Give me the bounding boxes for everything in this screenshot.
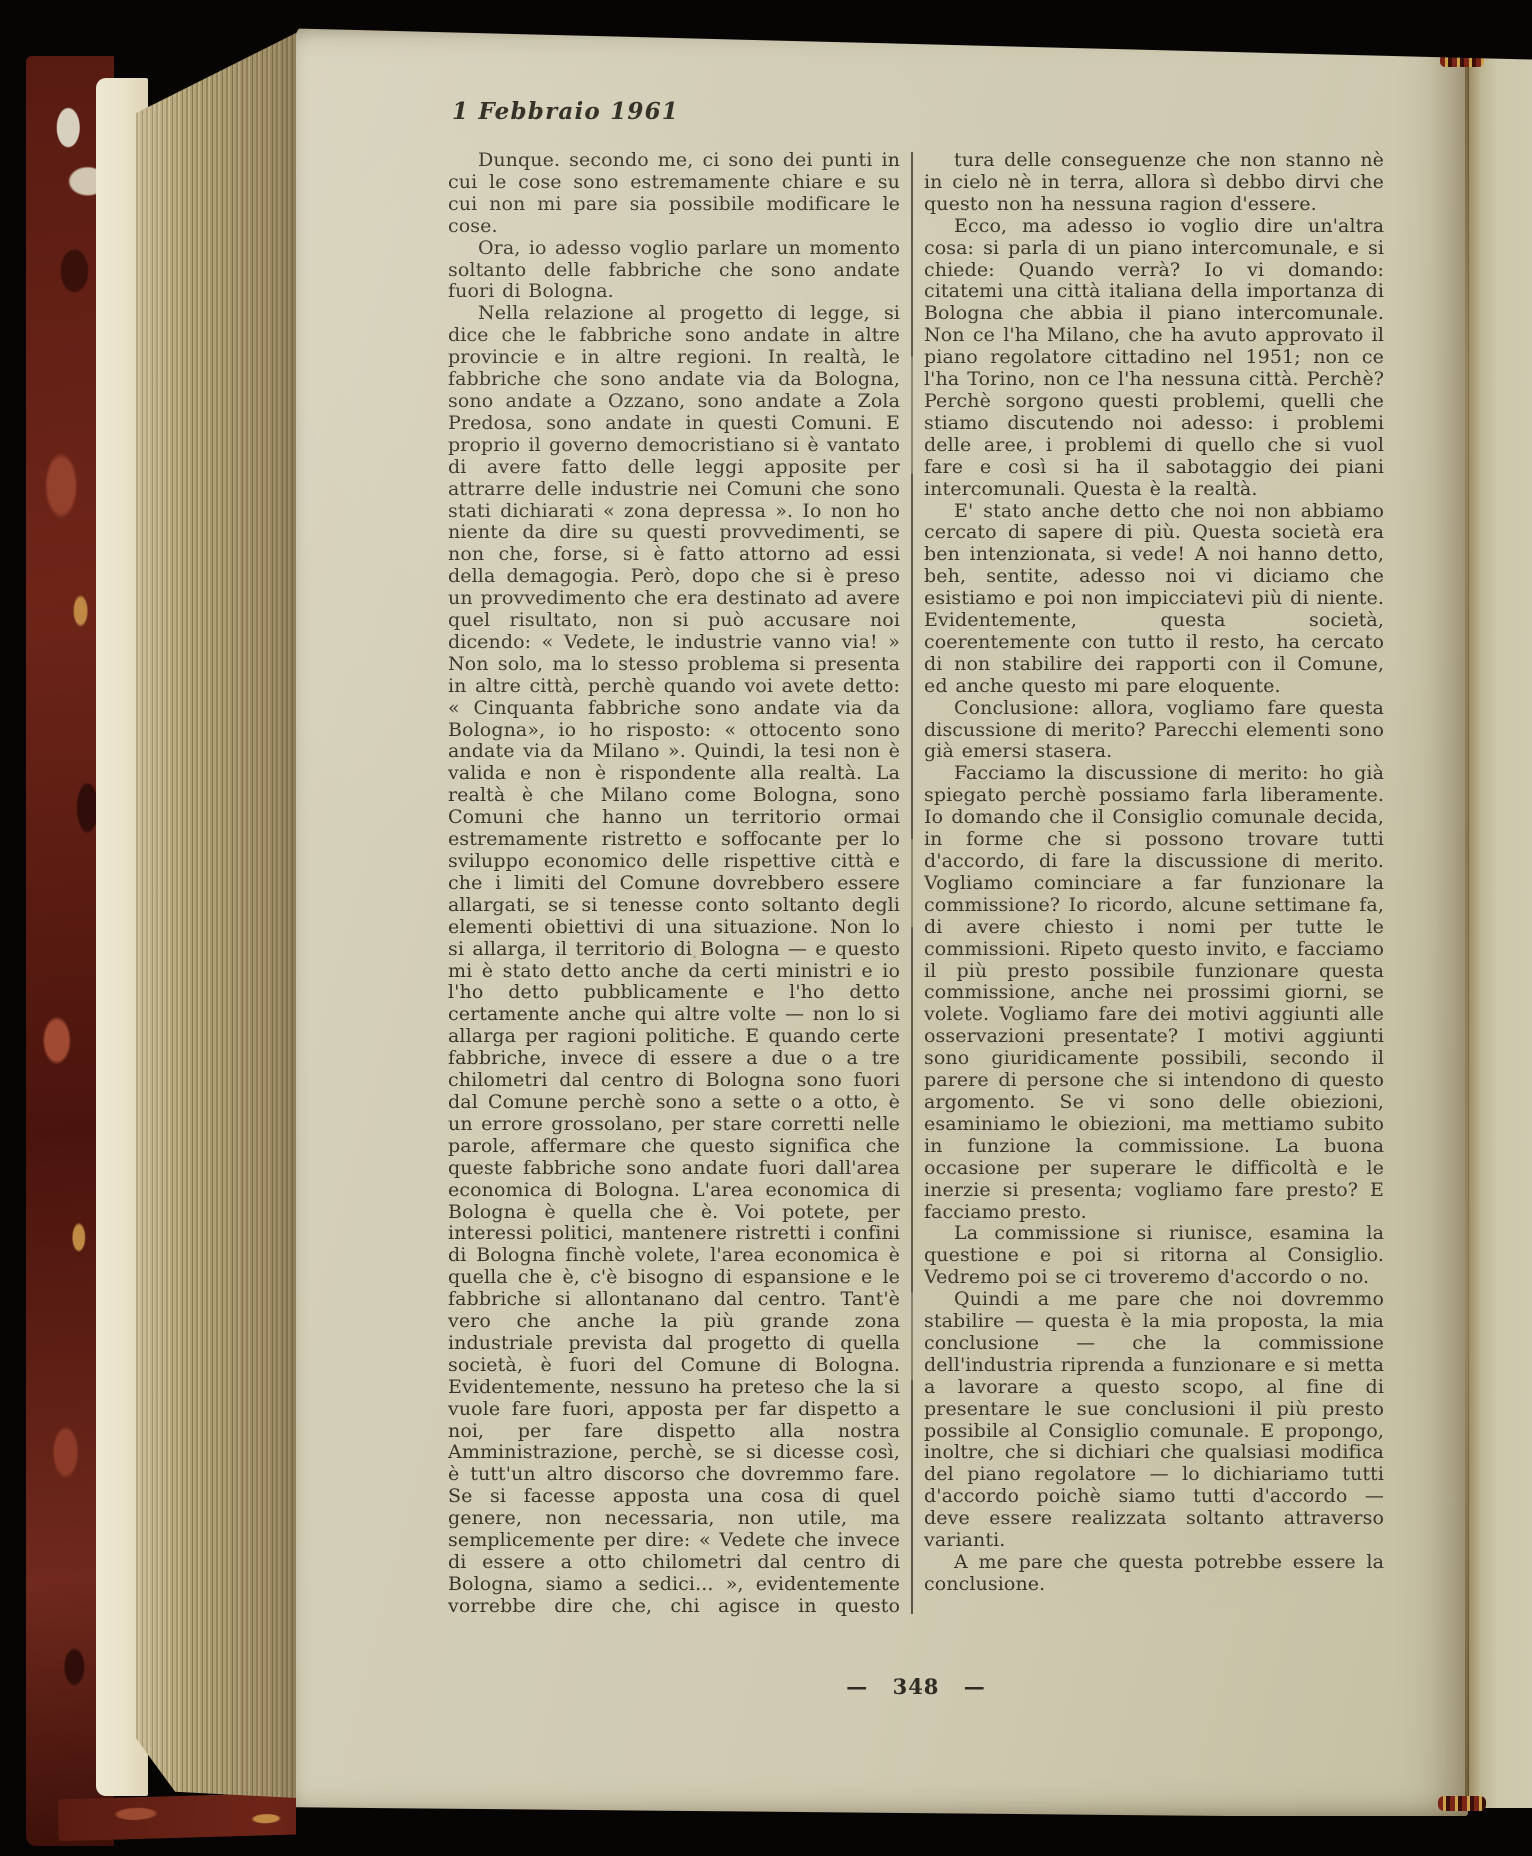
column-divider-rule bbox=[911, 152, 913, 1614]
paragraph: Quindi a me pare che noi dovremmo stabil… bbox=[924, 1289, 1384, 1552]
scanned-page: 1 Febbraio 1961 Dunque. secondo me, ci s… bbox=[296, 26, 1468, 1816]
paragraph: Conclusione: allora, vogliamo fare quest… bbox=[924, 698, 1384, 764]
paragraph: Dunque. secondo me, ci sono dei punti in… bbox=[448, 150, 900, 238]
paragraph: Ecco, ma adesso io voglio dire un'altra … bbox=[924, 216, 1384, 501]
book-scan-photo: { "document": { "header_date": "1 Febbra… bbox=[0, 0, 1532, 1856]
gutter-crease bbox=[1465, 56, 1469, 1808]
right-text-column: tura delle conseguenze che non stanno nè… bbox=[924, 150, 1384, 1618]
page-number: — 348 — bbox=[726, 1674, 1106, 1699]
stacked-page-edges bbox=[136, 24, 314, 1806]
facing-page-sliver bbox=[1469, 50, 1532, 1808]
paragraph: E' stato anche detto che noi non abbiamo… bbox=[924, 501, 1384, 698]
paragraph: A me pare che questa potrebbe essere la … bbox=[924, 1552, 1384, 1596]
paragraph: La commissione si riunisce, esamina la q… bbox=[924, 1223, 1384, 1289]
paragraph: Facciamo la discussione di merito: ho gi… bbox=[924, 763, 1384, 1223]
tailband bbox=[1438, 1796, 1486, 1811]
paragraph: Nella relazione al progetto di legge, si… bbox=[448, 303, 900, 1618]
page-header-date: 1 Febbraio 1961 bbox=[452, 98, 679, 125]
paragraph: tura delle conseguenze che non stanno nè… bbox=[924, 150, 1384, 216]
paragraph: Ora, io adesso voglio parlare un momento… bbox=[448, 238, 900, 304]
left-text-column: Dunque. secondo me, ci sono dei punti in… bbox=[448, 150, 900, 1618]
